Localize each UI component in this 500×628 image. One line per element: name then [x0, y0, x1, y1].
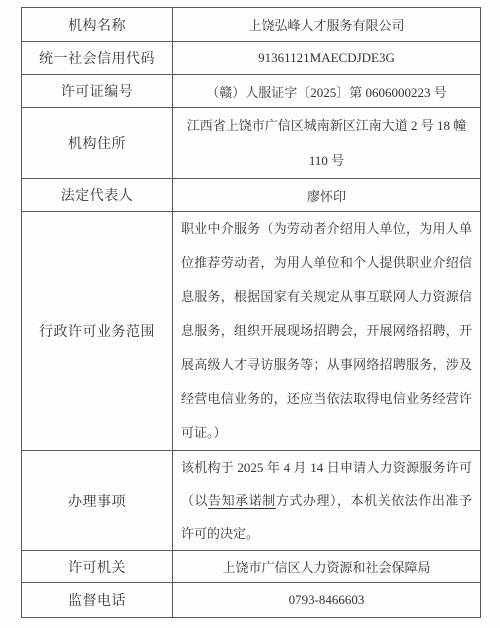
org-name-value: 上饶弘峰人才服务有限公司 [173, 8, 481, 42]
license-number-value: （赣）人服证字〔2025〕第 0606000223 号 [173, 75, 481, 108]
handling-matters-label: 办理事项 [22, 451, 173, 551]
table-row: 监督电话 0793-8466603 [22, 583, 481, 618]
business-scope-value: 职业中介服务（为劳动者介绍用人单位，为用人单位推荐劳动者，为用人单位和个人提供职… [173, 212, 481, 451]
licensing-authority-value: 上饶市广信区人力资源和社会保障局 [173, 551, 481, 583]
licensing-authority-label: 许可机关 [22, 551, 173, 583]
license-document: 机构名称 上饶弘峰人才服务有限公司 统一社会信用代码 91361121MAECD… [0, 0, 500, 628]
table-row: 机构名称 上饶弘峰人才服务有限公司 [22, 8, 481, 42]
supervision-phone-value: 0793-8466603 [173, 583, 481, 618]
legal-representative-label: 法定代表人 [22, 179, 173, 212]
org-address-value: 江西省上饶市广信区城南新区江南大道 2 号 18 幢 110 号 [173, 108, 481, 179]
license-number-label: 许可证编号 [22, 75, 173, 108]
business-scope-label: 行政许可业务范围 [22, 212, 173, 451]
org-address-label: 机构住所 [22, 108, 173, 179]
table-row: 法定代表人 廖怀印 [22, 179, 481, 212]
table-row: 许可证编号 （赣）人服证字〔2025〕第 0606000223 号 [22, 75, 481, 108]
org-name-label: 机构名称 [22, 8, 173, 42]
license-table: 机构名称 上饶弘峰人才服务有限公司 统一社会信用代码 91361121MAECD… [21, 7, 481, 618]
table-row: 统一社会信用代码 91361121MAECDJDE3G [22, 42, 481, 75]
credit-code-value: 91361121MAECDJDE3G [173, 42, 481, 75]
table-row: 许可机关 上饶市广信区人力资源和社会保障局 [22, 551, 481, 583]
table-row: 行政许可业务范围 职业中介服务（为劳动者介绍用人单位，为用人单位推荐劳动者，为用… [22, 212, 481, 451]
handling-matters-value: 该机构于 2025 年 4 月 14 日申请人力资源服务许可（以告知承诺制方式办… [173, 451, 481, 551]
table-row: 机构住所 江西省上饶市广信区城南新区江南大道 2 号 18 幢 110 号 [22, 108, 481, 179]
table-row: 办理事项 该机构于 2025 年 4 月 14 日申请人力资源服务许可（以告知承… [22, 451, 481, 551]
supervision-phone-label: 监督电话 [22, 583, 173, 618]
legal-representative-value: 廖怀印 [173, 179, 481, 212]
handling-matters-text-underlined: 告知承诺制 [208, 493, 276, 508]
credit-code-label: 统一社会信用代码 [22, 42, 173, 75]
